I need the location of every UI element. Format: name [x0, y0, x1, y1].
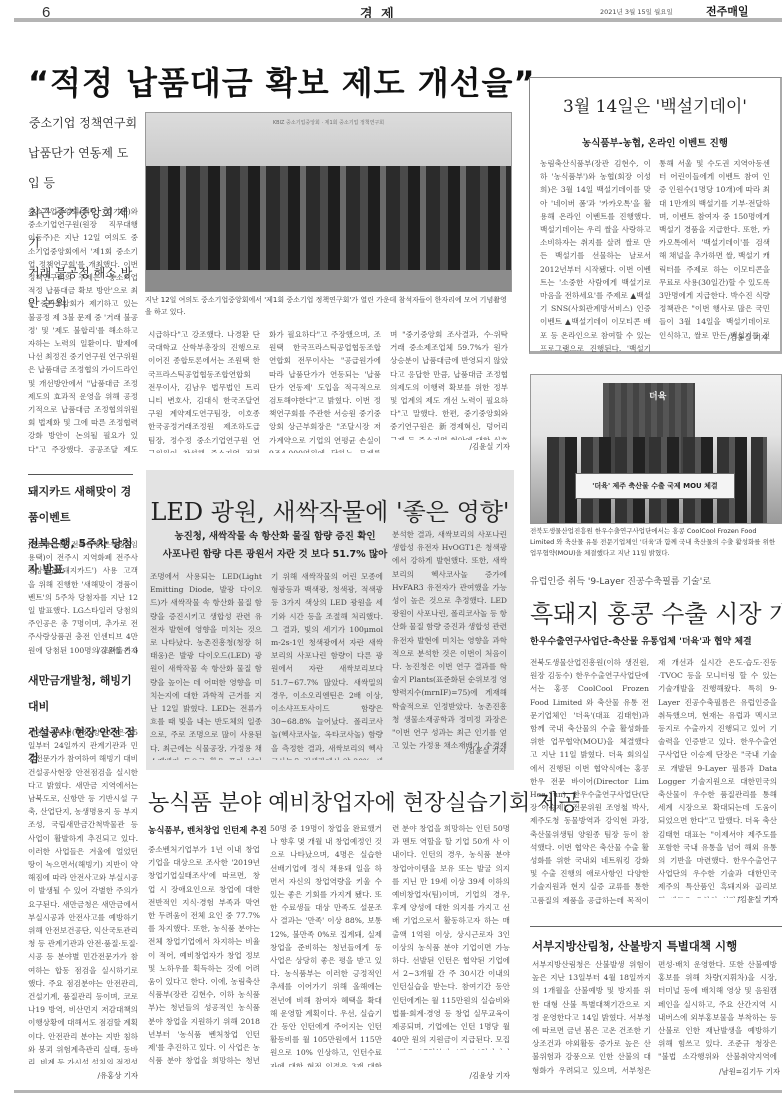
jb-byline: /김윤실 기자: [60, 645, 138, 656]
baekseolgi-col-1: 농림축산식품부(장관 김현수, 이하 '농식품부')와 농협(회장 이성희)은 …: [540, 157, 651, 355]
led-headline: LED 광원, 새싹작물에 '좋은 영향': [146, 492, 514, 527]
mou-photo: 더육 '더육' 제주 축산물 수출 국제 MOU 체결: [530, 374, 782, 524]
photo-backdrop-text: KBIZ 중소기업중앙회 · 제1회 중소기업 정책연구회: [146, 119, 511, 126]
saemangeum-title-1: 새만금개발청, 해빙기 대비: [28, 668, 140, 720]
led-col-1: 조명에서 사용되는 LED(Light Emitting Diode, 발광 다…: [150, 570, 262, 760]
divider: [28, 474, 133, 475]
saemangeum-body: 새만금개발청(청장 양충모)은 15일부터 24일까지 관계기관과 민간전문가가…: [28, 726, 138, 1064]
jb-title-1: 돼지카드 새해맞이 경품이벤트: [28, 479, 140, 531]
lead-subhead: 중소기업 정책연구회: [28, 108, 138, 138]
saemangeum-byline: /유홍상 기자: [60, 1070, 138, 1081]
lead-headline: “적정 납품대금 확보 제도 개선을”: [28, 58, 535, 104]
lead-body-col-3: 화가 필요하다"고 주장했으며, 조원택 한국프라스틱공업협동조합연합회 전무이…: [269, 328, 381, 453]
lead-body-col-4: 며 "중기중앙회 조사결과, 수·위탁거래 중소제조업체 59.7%가 원가상승…: [390, 328, 508, 440]
hog-kicker: 유럽인증 취득 '9-Layer 진공수축필름 기술'로: [530, 574, 711, 587]
hog-col-1: 전북도생물산업진흥원(이하 생진원, 원장 김동수) 한우수출연구사업단에서는 …: [530, 656, 649, 904]
baekseolgi-byline: /김윤실 기자: [727, 332, 768, 343]
startup-col-3: 련 분야 창업을 희망하는 인턴 50명과 멘토 역할을 할 기업 50개 사 …: [392, 822, 510, 1050]
baekseolgi-day-box: 3월 14일은 '백설기데이' 농식품부-농협, 온라인 이벤트 진행 농림축산…: [529, 77, 782, 354]
lead-body-col-2: 시급하다"고 강조했다. 나경환 단국대학교 산학부총장의 진행으로 이어진 종…: [148, 328, 260, 453]
store-sign: 더육: [649, 389, 666, 402]
lead-photo-caption: 지난 12일 여의도 중소기업중앙회에서 '제1회 중소기업 정책연구회'가 열…: [145, 294, 512, 318]
baekseolgi-subhead: 농식품부-농협, 온라인 이벤트 진행: [530, 135, 780, 149]
baekseolgi-col-2: 통해 서울 및 수도권 지역아동센터 어린이들에게 이벤트 참여 인증 인원수(…: [659, 157, 770, 343]
newspaper-brand: 전주매일: [706, 3, 749, 19]
divider: [530, 926, 782, 927]
mou-photo-caption: 전북도생물산업진흥원 한우수출연구사업단에서는 홍콩 CoolCool Froz…: [530, 526, 782, 559]
startup-col-2: 50명 중 19명이 창업을 완료했거나 향후 몇 개월 내 창업예정인 것으로…: [270, 822, 382, 1067]
led-subhead-2: 사포나린 함량 다른 광원서 자란 것 보다 51.7% 많아: [160, 546, 390, 564]
page-bottom-rule: [14, 1090, 782, 1093]
mou-banner: '더육' 제주 축산물 수출 국제 MOU 체결: [575, 473, 735, 499]
startup-subhead: 농식품부, 벤처창업 인턴제 추진: [148, 824, 267, 836]
jb-body: JB금융그룹 전북은행(은행장 임용택)이 전주시 지역화폐 전주사랑상품권('…: [28, 538, 138, 658]
led-col-2: 기 위해 새싹작물의 어린 모종에 형광등과 백색광, 청색광, 적색광 등 3…: [271, 570, 383, 760]
led-subhead-1: 농진청, 새싹작물 속 항산화 물질 함량 증진 확인: [170, 528, 380, 546]
lead-subhead: 납품단가 연동제 도입 등: [28, 138, 138, 198]
issue-date: 2021년 3월 15일 월요일: [600, 7, 673, 16]
baekseolgi-headline: 3월 14일은 '백설기데이': [530, 92, 780, 117]
hog-col-2: 재 개선과 실시간 온도·습도·진동·TVOC 등을 모니터링 할 수 있는 기…: [658, 656, 777, 898]
led-byline: /김윤실 기자: [465, 745, 506, 756]
led-col-3: 분석한 결과, 새싹보리의 사포나린 생합성 유전자 HvOGT1은 청색광에서…: [392, 528, 507, 754]
forest-byline: /남원=김기두 기자: [690, 1066, 780, 1077]
hog-byline: /김윤실 기자: [700, 894, 778, 905]
led-article-box: LED 광원, 새싹작물에 '좋은 영향' 농진청, 새싹작물 속 항산화 물질…: [146, 470, 514, 770]
startup-byline: /김윤상 기자: [440, 1070, 510, 1081]
lead-byline: /김윤실 기자: [440, 441, 510, 452]
forest-headline: 서부지방산림청, 산불방지 특별대책 시행: [532, 933, 737, 959]
hog-subhead: 한우수출연구사업단-축산물 유통업체 '더육'과 협약 체결: [530, 634, 752, 647]
startup-headline: 농식품 분야 예비창업자에 현장실습기회 제공: [148, 786, 580, 817]
startup-col-1: 중소벤처기업부가 1년 이내 창업기업을 대상으로 조사한 '2019년 창업기…: [148, 843, 260, 1067]
lead-body-col-1: 중소기업중앙회(회장 김기문)와 중소기업연구원(원장 직무대행 이동주)은 지…: [28, 205, 138, 453]
lead-photo: KBIZ 중소기업중앙회 · 제1회 중소기업 정책연구회: [145, 112, 512, 292]
forest-col-2: 편성·배치 운영한다. 또한 산불예방홍보를 위해 차량(지휘차)을 시장, 터…: [658, 958, 777, 1064]
masthead-rule: [14, 18, 782, 22]
hog-headline: 흑돼지 홍콩 수출 시장 개척: [530, 594, 782, 629]
forest-col-1: 서부지방산림청은 산불발생 위험이 높은 지난 13일부터 4월 18일까지의 …: [532, 958, 651, 1076]
